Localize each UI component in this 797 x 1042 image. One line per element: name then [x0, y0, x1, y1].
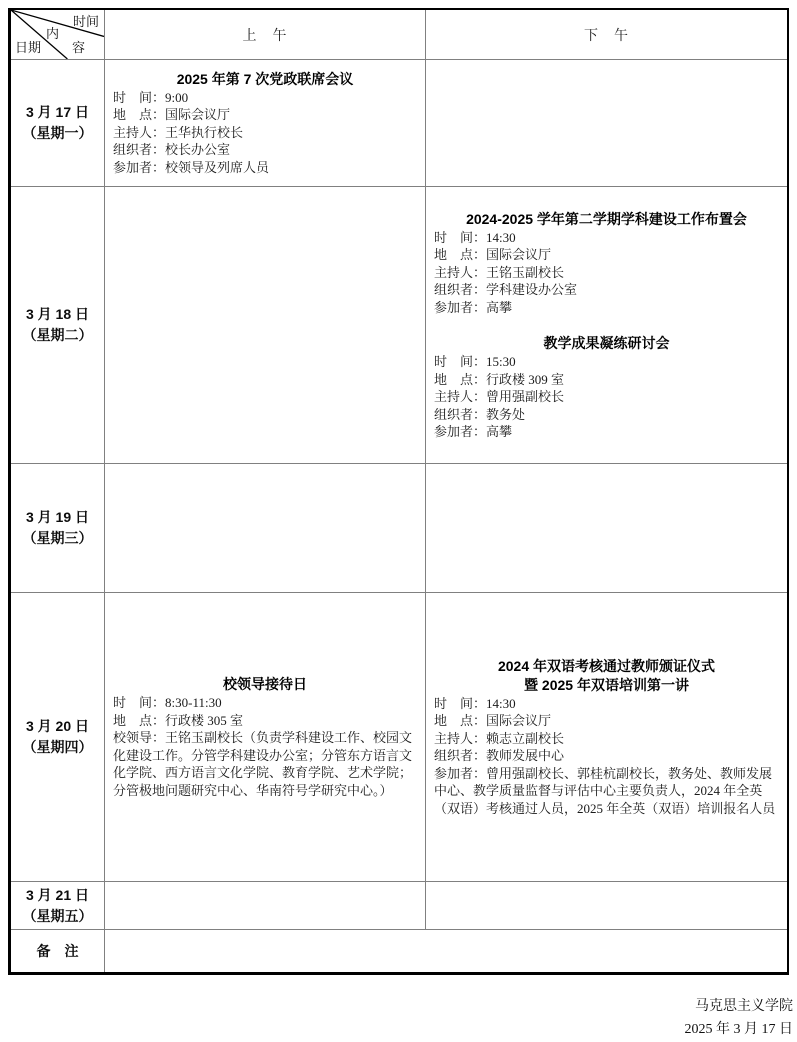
event-title-line2: 暨 2025 年双语培训第一讲: [434, 676, 779, 695]
corner-label-time: 时间: [73, 11, 99, 30]
event-host-line: 主持人：王铭玉副校长: [434, 264, 779, 282]
date-label: 3 月 17 日: [26, 102, 89, 123]
event-thursday-afternoon: 2024 年双语考核通过教师颁证仪式 暨 2025 年双语培训第一讲 时 间：1…: [434, 657, 779, 818]
event-location-line: 地 点：国际会议厅: [434, 712, 779, 730]
footer-signature: 马克思主义学院 2025 年 3 月 17 日: [685, 995, 794, 1041]
weekday-label: （星期五）: [23, 906, 93, 927]
corner-label-date: 日期: [15, 37, 41, 56]
cell-monday-morning: 2025 年第 7 次党政联席会议 时 间：9:00 地 点：国际会议厅 主持人…: [105, 60, 426, 187]
remarks-label: 备 注: [37, 941, 79, 962]
date-label: 3 月 20 日: [26, 716, 89, 737]
event-host-line: 主持人：曾用强副校长: [434, 388, 779, 406]
weekday-label: （星期一）: [23, 123, 93, 144]
cell-monday-afternoon: [426, 60, 787, 187]
date-cell-monday: 3 月 17 日 （星期一）: [11, 60, 105, 187]
cell-friday-morning: [105, 882, 426, 930]
weekday-label: （星期四）: [23, 737, 93, 758]
event-monday-morning: 2025 年第 7 次党政联席会议 时 间：9:00 地 点：国际会议厅 主持人…: [113, 70, 417, 177]
corner-label-content: 内: [46, 23, 59, 42]
remarks-content-cell: [105, 930, 787, 972]
event-thursday-morning: 校领导接待日 时 间：8:30-11:30 地 点：行政楼 305 室 校领导：…: [113, 675, 417, 799]
event-participants-line: 参加者：校领导及列席人员: [113, 159, 417, 177]
column-header-afternoon: 下 午: [426, 10, 787, 60]
cell-thursday-morning: 校领导接待日 时 间：8:30-11:30 地 点：行政楼 305 室 校领导：…: [105, 593, 426, 882]
cell-wednesday-afternoon: [426, 464, 787, 593]
schedule-table: 时间 内 容 日期 上 午 下 午 3 月 17 日 （星期一） 2025 年第…: [8, 8, 789, 975]
event-time-line: 时 间：14:30: [434, 229, 779, 247]
event-time-line: 时 间：8:30-11:30: [113, 694, 417, 712]
cell-wednesday-morning: [105, 464, 426, 593]
corner-label-content: 容: [72, 37, 85, 56]
event-tuesday-afternoon-1: 2024-2025 学年第二学期学科建设工作布置会 时 间：14:30 地 点：…: [434, 210, 779, 317]
schedule-page: { "corner": { "time": "时间", "content_top…: [0, 0, 797, 1042]
event-title: 教学成果凝练研讨会: [434, 334, 779, 353]
event-tuesday-afternoon-2: 教学成果凝练研讨会 时 间：15:30 地 点：行政楼 309 室 主持人：曾用…: [434, 334, 779, 441]
event-title-line1: 2024 年双语考核通过教师颁证仪式: [434, 657, 779, 676]
event-participants-line: 参加者：高攀: [434, 299, 779, 317]
event-organizer-line: 组织者：教师发展中心: [434, 747, 779, 765]
event-location-line: 地 点：行政楼 309 室: [434, 371, 779, 389]
weekday-label: （星期二）: [23, 325, 93, 346]
cell-thursday-afternoon: 2024 年双语考核通过教师颁证仪式 暨 2025 年双语培训第一讲 时 间：1…: [426, 593, 787, 882]
date-cell-tuesday: 3 月 18 日 （星期二）: [11, 187, 105, 464]
event-host-line: 主持人：赖志立副校长: [434, 730, 779, 748]
date-cell-wednesday: 3 月 19 日 （星期三）: [11, 464, 105, 593]
event-host-line: 主持人：王华执行校长: [113, 124, 417, 142]
event-location-line: 地 点：行政楼 305 室: [113, 712, 417, 730]
event-leaders-line: 校领导：王铭玉副校长（负责学科建设工作、校园文化建设工作。分管学科建设办公室；分…: [113, 729, 417, 799]
event-time-line: 时 间：15:30: [434, 353, 779, 371]
footer-organization: 马克思主义学院: [685, 995, 794, 1018]
event-time-line: 时 间：14:30: [434, 695, 779, 713]
event-title: 校领导接待日: [113, 675, 417, 694]
event-organizer-line: 组织者：教务处: [434, 406, 779, 424]
weekday-label: （星期三）: [23, 528, 93, 549]
footer-date: 2025 年 3 月 17 日: [685, 1018, 794, 1041]
date-label: 3 月 21 日: [26, 885, 89, 906]
remarks-label-cell: 备 注: [11, 930, 105, 972]
event-participants-line: 参加者：高攀: [434, 423, 779, 441]
morning-header-label: 上 午: [243, 25, 288, 45]
column-header-morning: 上 午: [105, 10, 426, 60]
afternoon-header-label: 下 午: [584, 25, 629, 45]
event-location-line: 地 点：国际会议厅: [434, 246, 779, 264]
corner-header-cell: 时间 内 容 日期: [11, 10, 105, 60]
event-organizer-line: 组织者：学科建设办公室: [434, 281, 779, 299]
cell-tuesday-afternoon: 2024-2025 学年第二学期学科建设工作布置会 时 间：14:30 地 点：…: [426, 187, 787, 464]
event-location-line: 地 点：国际会议厅: [113, 106, 417, 124]
event-time-line: 时 间：9:00: [113, 89, 417, 107]
cell-tuesday-morning: [105, 187, 426, 464]
event-title: 2024-2025 学年第二学期学科建设工作布置会: [434, 210, 779, 229]
date-cell-thursday: 3 月 20 日 （星期四）: [11, 593, 105, 882]
event-participants-line: 参加者：曾用强副校长、郭桂杭副校长，教务处、教师发展中心、教学质量监督与评估中心…: [434, 765, 779, 818]
date-label: 3 月 19 日: [26, 507, 89, 528]
event-title: 2025 年第 7 次党政联席会议: [113, 70, 417, 89]
date-label: 3 月 18 日: [26, 304, 89, 325]
cell-friday-afternoon: [426, 882, 787, 930]
event-organizer-line: 组织者：校长办公室: [113, 141, 417, 159]
date-cell-friday: 3 月 21 日 （星期五）: [11, 882, 105, 930]
